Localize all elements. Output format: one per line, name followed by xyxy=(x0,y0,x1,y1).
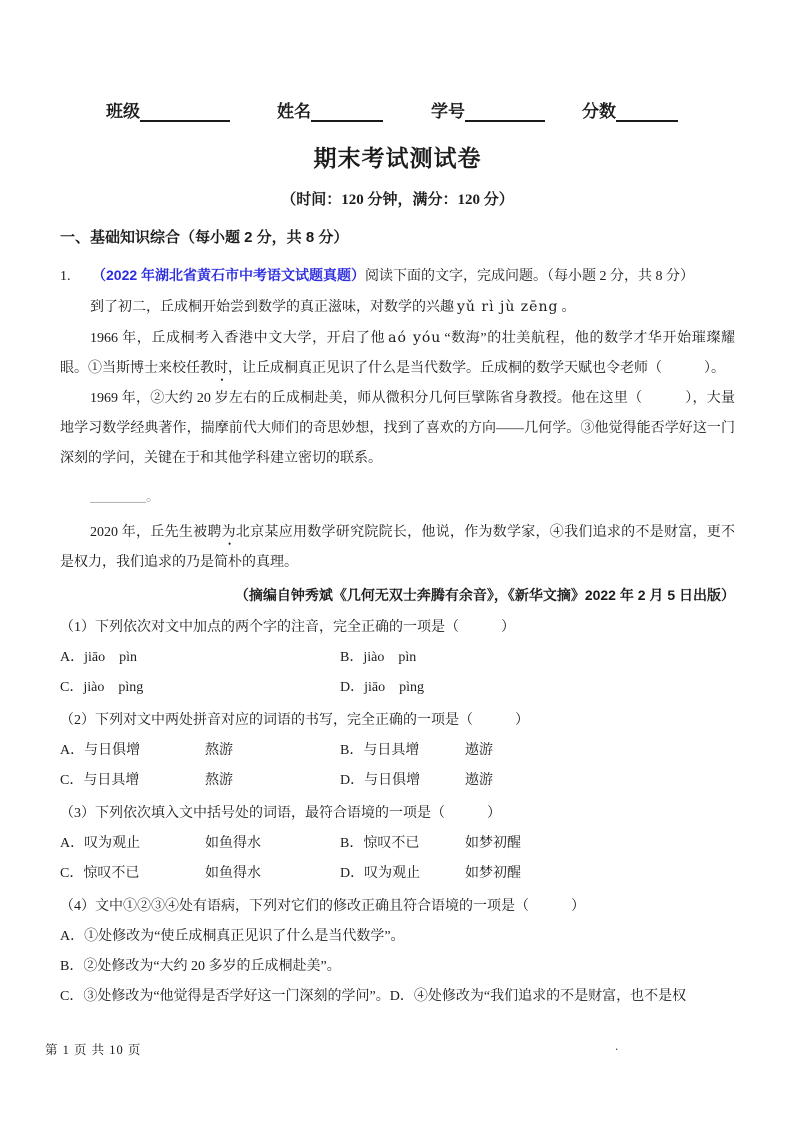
reading-passage: 到了初二，丘成桐开始尝到数学的真正滋味，对数学的兴趣yǔ rì jù zēng。… xyxy=(60,292,735,578)
option-a: A．①处修改为“使丘成桐真正见识了什么是当代数学”。 xyxy=(60,922,735,952)
option-row: A．与日俱增 熬游 B．与日具增 遨游 xyxy=(60,736,735,766)
option-b: B．与日具增 xyxy=(340,736,465,766)
option-b: B．②处修改为“大约 20 多岁的丘成桐赴美”。 xyxy=(60,952,735,982)
option-c: C．惊叹不已 xyxy=(60,859,205,889)
score-field: 分数 xyxy=(582,97,678,122)
student-id-field-label: 学号 xyxy=(431,97,465,122)
student-id-field: 学号 xyxy=(431,97,545,122)
option-c: C．jiào pìng xyxy=(60,673,340,703)
class-field-label: 班级 xyxy=(106,97,140,122)
pinyin-text-segment: aó yóu xyxy=(385,330,444,346)
passage-paragraph: 1969 年，②大约 20 岁左右的丘成桐赴美，师从微积分几何巨擘陈省身教授。他… xyxy=(60,384,735,474)
option-a: A．叹为观止 xyxy=(60,829,205,859)
stray-dot: . xyxy=(615,1038,618,1054)
passage-paragraph: 2020 年，丘先生被聘为北京某应用数学研究院院长，他说，作为数学家，④我们追求… xyxy=(60,518,735,578)
dotted-text-segment: 教 xyxy=(200,361,214,376)
option-d-word2: 遨游 xyxy=(465,766,493,796)
passage-attribution: （摘编自钟秀斌《几何无双士奔腾有余音》，《新华文摘》2022 年 2 月 5 日… xyxy=(60,580,735,610)
page-title: 期末考试测试卷 xyxy=(60,140,735,173)
option-c: C．与日具增 xyxy=(60,766,205,796)
sub-question-1-stem: （1）下列依次对文中加点的两个字的注音，完全正确的一项是（ ） xyxy=(60,613,735,643)
passage-paragraph: 到了初二，丘成桐开始尝到数学的真正滋味，对数学的兴趣yǔ rì jù zēng。 xyxy=(60,292,735,323)
score-fill-line xyxy=(616,103,678,122)
sub-question-4: （4）文中①②③④处有语病，下列对它们的修改正确且符合语境的一项是（ ） A．①… xyxy=(60,892,735,1012)
text-segment: 。 xyxy=(561,300,575,315)
sub-question-2-stem: （2）下列对文中两处拼音对应的词语的书写，完全正确的一项是（ ） xyxy=(60,706,735,736)
option-row: C．惊叹不已 如鱼得水 D．叹为观止 如梦初醒 xyxy=(60,859,735,889)
class-fill-line xyxy=(140,103,230,122)
name-fill-line xyxy=(311,103,383,122)
option-row: A．jiāo pìn B．jiào pìn xyxy=(60,643,735,673)
class-field: 班级 xyxy=(106,97,230,122)
option-d-word2: 如梦初醒 xyxy=(465,859,521,889)
text-segment: 2020 年，丘先生被 xyxy=(90,525,207,540)
text-segment: 到了初二，丘成桐开始尝到数学的真正滋味，对数学的兴趣 xyxy=(90,300,454,315)
page-content: 班级 姓名 学号 分数 期末考试测试卷 （时间：120 分钟，满分：120 分）… xyxy=(60,0,735,1012)
sub-question-4-stem: （4）文中①②③④处有语病，下列对它们的修改正确且符合语境的一项是（ ） xyxy=(60,892,735,922)
option-d: D．jiāo pìng xyxy=(340,673,424,703)
option-c-word2: 熬游 xyxy=(205,766,340,796)
option-b: B．惊叹不已 xyxy=(340,829,465,859)
passage-blank-line: ________。 xyxy=(60,483,735,513)
name-field: 姓名 xyxy=(277,97,383,122)
option-a-word2: 如鱼得水 xyxy=(205,829,340,859)
student-id-fill-line xyxy=(465,103,545,122)
option-row: C．与日具增 熬游 D．与日俱增 遨游 xyxy=(60,766,735,796)
option-row: C．jiào pìng D．jiāo pìng xyxy=(60,673,735,703)
option-a-word2: 熬游 xyxy=(205,736,340,766)
option-a: A．与日俱增 xyxy=(60,736,205,766)
blank-text-segment: ________。 xyxy=(90,490,160,505)
text-segment: 1969 年，②大约 20 岁左右的丘成桐赴美，师从微积分几何巨擘陈省身教授。他… xyxy=(60,391,735,466)
passage-paragraph: 1966 年，丘成桐考入香港中文大学，开启了他aó yóu“数海”的壮美航程，他… xyxy=(60,323,735,384)
option-b-word2: 如梦初醒 xyxy=(465,829,521,859)
exam-time-score-subtitle: （时间：120 分钟，满分：120 分） xyxy=(60,188,735,209)
question-intro: 阅读下面的文字，完成问题。（每小题 2 分，共 8 分） xyxy=(365,269,694,284)
option-b: B．jiào pìn xyxy=(340,643,416,673)
option-d: D．与日俱增 xyxy=(340,766,465,796)
section-heading: 一、基础知识综合（每小题 2 分，共 8 分） xyxy=(60,226,735,250)
option-c-d: C．③处修改为“他觉得是否学好这一门深刻的学问”。D．④处修改为“我们追求的不是… xyxy=(60,982,735,1012)
sub-question-1: （1）下列依次对文中加点的两个字的注音，完全正确的一项是（ ） A．jiāo p… xyxy=(60,613,735,703)
dotted-text-segment: 聘 xyxy=(207,525,221,540)
score-field-label: 分数 xyxy=(582,97,616,122)
name-field-label: 姓名 xyxy=(277,97,311,122)
student-info-row: 班级 姓名 学号 分数 xyxy=(106,97,735,122)
question-1-header: 1.（2022 年湖北省黄石市中考语文试题真题）阅读下面的文字，完成问题。（每小… xyxy=(60,260,735,292)
sub-question-3-stem: （3）下列依次填入文中括号处的词语，最符合语境的一项是（ ） xyxy=(60,799,735,829)
page-number-footer: 第 1 页 共 10 页 xyxy=(45,1040,141,1058)
option-c-word2: 如鱼得水 xyxy=(205,859,340,889)
option-d: D．叹为观止 xyxy=(340,859,465,889)
text-segment: 1966 年，丘成桐考入香港中文大学，开启了他 xyxy=(90,331,385,346)
option-a: A．jiāo pìn xyxy=(60,643,340,673)
question-number: 1. xyxy=(60,262,92,292)
sub-question-3: （3）下列依次填入文中括号处的词语，最符合语境的一项是（ ） A．叹为观止 如鱼… xyxy=(60,799,735,889)
option-row: A．叹为观止 如鱼得水 B．惊叹不已 如梦初醒 xyxy=(60,829,735,859)
exam-paper-page: 班级 姓名 学号 分数 期末考试测试卷 （时间：120 分钟，满分：120 分）… xyxy=(0,0,793,1122)
sub-question-2: （2）下列对文中两处拼音对应的词语的书写，完全正确的一项是（ ） A．与日俱增 … xyxy=(60,706,735,796)
question-source-tag: （2022 年湖北省黄石市中考语文试题真题） xyxy=(92,267,365,283)
pinyin-text-segment: yǔ rì jù zēng xyxy=(454,299,561,315)
text-segment: 时，让丘成桐真正见识了什么是当代数学。丘成桐的数学天赋也令老师（ ）。 xyxy=(214,361,725,376)
option-b-word2: 遨游 xyxy=(465,736,493,766)
